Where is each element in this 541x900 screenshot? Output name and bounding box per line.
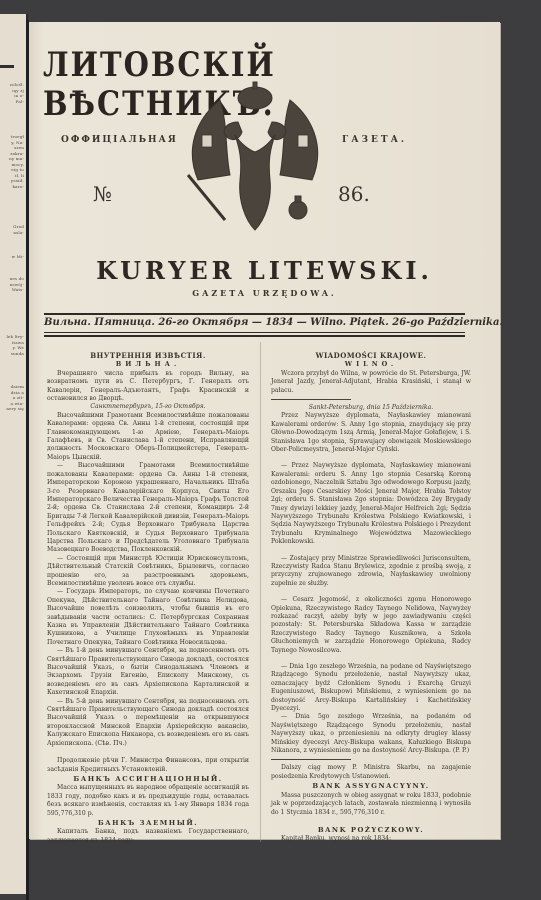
- article-paragraph: — Высочайшими Грамотами Всемилостивѣйше …: [47, 462, 249, 554]
- article-paragraph: Dalszy ciąg mowy P. Ministra Skarbu, na …: [271, 764, 471, 781]
- adjacent-page-text: troegły, Na-szeuzakra-ny ma-mocy,eig toi…: [2, 134, 24, 189]
- article-paragraph: — Государь Императоръ, по случаю кончины…: [47, 588, 249, 647]
- bank-heading: БАНКЪ ЗАЕМНЫЙ.: [47, 819, 249, 827]
- bank-heading: BANK POŻYCZKOWY.: [271, 826, 471, 834]
- double-headed-eagle-icon: [180, 80, 330, 240]
- bank-paragraph: Massa puszczonych w obieg assygnat w rok…: [271, 792, 471, 817]
- masthead-subtitle-polish: GAZETA URZĘDOWA.: [29, 288, 500, 298]
- bank-paragraph: Масса выпущенныхъ въ народное обращеніе …: [47, 784, 249, 818]
- section-heading: WIADOMOŚCI KRAJOWE.: [271, 352, 471, 360]
- article-paragraph: Вчерашняго числа прибылъ въ городъ Вильн…: [47, 370, 249, 404]
- adjacent-page-text: zolośł.ięy zjia o-Pal-: [2, 82, 24, 104]
- russian-column: ВНУТРЕННІЯ ИЗВѢСТІЯ. ВИЛЬНА. Вчерашняго …: [47, 352, 249, 845]
- article-paragraph: — Состоящій при Министрѣ Юстиціи Юрискон…: [47, 555, 249, 589]
- issue-number-label: №: [93, 182, 112, 206]
- adjacent-page-fragment: zolośł.ięy zjia o-Pal- troegły, Na-szeuz…: [0, 14, 28, 894]
- section-city: ВИЛЬНА.: [47, 360, 249, 368]
- article-paragraph: Продолженіе рѣчи Г. Министра Финансовъ, …: [47, 757, 249, 774]
- dateline-top-rule: [44, 313, 465, 315]
- masthead-title-polish: KURYER LITEWSKI.: [29, 256, 500, 285]
- gazette-label: ГАЗЕТА.: [342, 135, 407, 145]
- section-city: WILNO.: [271, 360, 471, 368]
- bank-heading: BANK ASSYGNACYYNY.: [271, 782, 471, 790]
- article-paragraph: Высочайшими Грамотами Всемилостивѣйше по…: [47, 412, 249, 462]
- official-label: ОФФИЦІАЛЬНАЯ: [61, 135, 178, 145]
- adjacent-page-rule: [0, 65, 14, 68]
- article-paragraph: — Zostający przy Ministrze Sprawiedliwoś…: [271, 555, 471, 589]
- article-paragraph: Przez Naywyższe dyplomata, Nayłaskawiey …: [271, 412, 471, 454]
- issue-number: 86.: [338, 182, 370, 206]
- article-paragraph: — Cesarz Jegomość, z okoliczności zgonu …: [271, 596, 471, 655]
- column-divider: [260, 342, 261, 842]
- adjacent-page-text: nes donswój-Wats-: [2, 276, 24, 293]
- article-paragraph: Wczora przybył do Wilna, w powrócie do S…: [271, 370, 471, 395]
- bank-paragraph: Kapitał Banku, wynosi na rok 1834:: [271, 835, 471, 843]
- adjacent-page-text: daiemdzia aa zit-a win-nery się: [2, 384, 24, 412]
- dateline-bottom-rule-thick: [44, 335, 465, 337]
- dateline: Вильна. Пятница. 26-го Октября — 1834 — …: [44, 317, 465, 328]
- article-paragraph: — Dnia 1go zeszłego Września, na podane …: [271, 663, 471, 713]
- article-separator: [271, 399, 351, 400]
- article-dateline: Санктпетербургъ, 15-го Октября.: [47, 403, 249, 411]
- article-paragraph: — Въ 1-й день минувшаго Сентября, на под…: [47, 647, 249, 697]
- polish-column: WIADOMOŚCI KRAJOWE. WILNO. Wczora przyby…: [271, 352, 471, 844]
- adjacent-page-text: lek ltry-itaway. Wesunda: [2, 334, 24, 356]
- dateline-bottom-rule: [44, 332, 465, 333]
- bank-heading: БАНКЪ АССИГНАЦІОННЫЙ.: [47, 775, 249, 783]
- newspaper-page: ЛИТОВСКІЙ ВѢСТНИКЪ. ОФФИЦІАЛЬНАЯ ГАЗЕТА.…: [29, 22, 500, 839]
- section-heading: ВНУТРЕННІЯ ИЗВѢСТІЯ.: [47, 352, 249, 360]
- article-paragraph: — Przez Naywyższe dyplomata, Nayłaskawie…: [271, 462, 471, 546]
- adjacent-page-text: w Mi-: [2, 254, 24, 260]
- bank-paragraph: Капиталъ Банка, подъ названіемъ Государс…: [47, 828, 249, 845]
- article-separator: [271, 759, 351, 760]
- article-paragraph: — Dnia 5go zeszłego Września, na podaném…: [271, 713, 471, 755]
- adjacent-page-text: Grodnsla-: [2, 224, 24, 235]
- article-paragraph: — Въ 5-й день минувшаго Сентября, на под…: [47, 698, 249, 748]
- article-dateline: Sankt-Petersburg, dnia 15 Października.: [271, 404, 471, 412]
